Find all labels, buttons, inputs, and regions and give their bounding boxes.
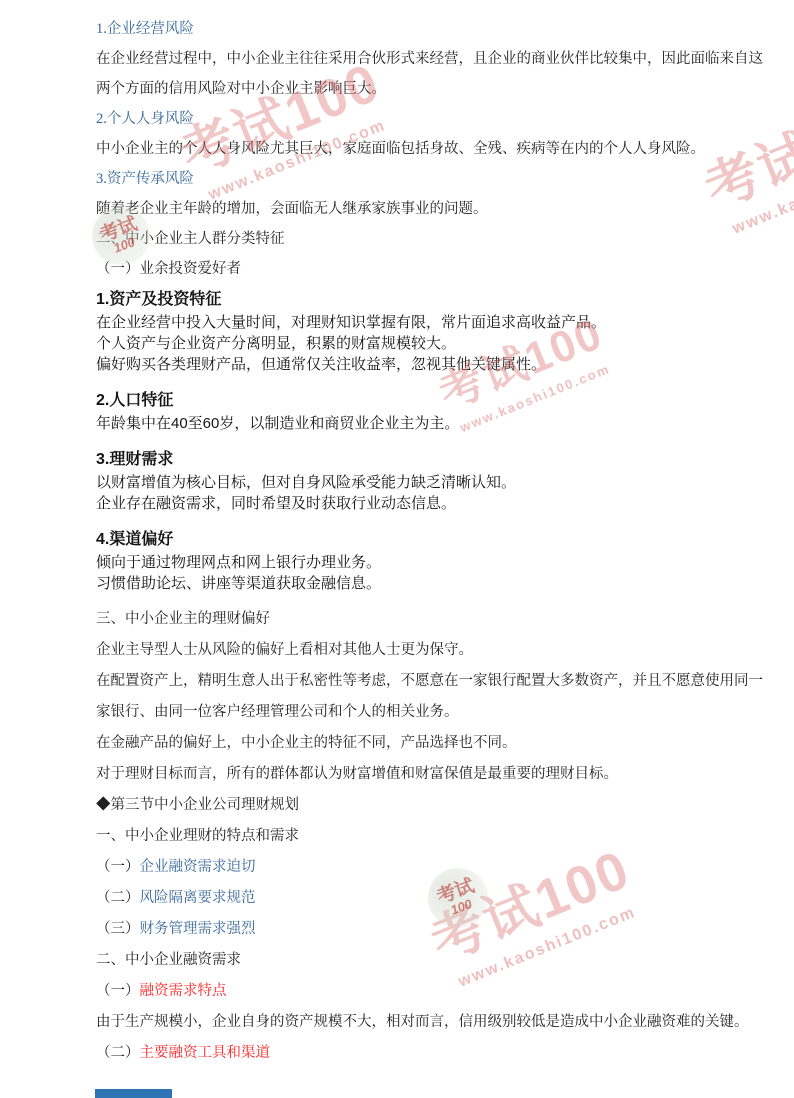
subheading-personal-risk: 2.个人人身风险 — [96, 104, 700, 134]
body-line: 中小企业主的个人人身风险尤其巨大，家庭面临包括身故、全残、疾病等在内的个人人身风… — [96, 134, 700, 164]
body-line: 家银行、由同一位客户经理管理公司和个人的相关业务。 — [96, 697, 700, 728]
watermark-url-text: www.kaoshi100.com — [730, 151, 794, 239]
item-prefix: （二） — [96, 890, 140, 906]
section-heading-features-needs: 一、中小企业理财的特点和需求 — [96, 821, 700, 852]
body-line: 个人资产与企业资产分离明显，积累的财富规模较大。 — [96, 333, 700, 354]
item-label-blue: 财务管理需求强烈 — [140, 921, 256, 937]
list-item-financing-need: （一）企业融资需求迫切 — [96, 852, 700, 883]
bold-heading-wealth-needs: 3.理财需求 — [96, 448, 700, 472]
item-label-blue: 企业融资需求迫切 — [140, 859, 256, 875]
list-item-financial-management: （三）财务管理需求强烈 — [96, 914, 700, 945]
item-prefix: （三） — [96, 921, 140, 937]
body-line: 企业主导型人士从风险的偏好上看相对其他人士更为保守。 — [96, 635, 700, 666]
block-channel-preference: 4.渠道偏好 倾向于通过物理网点和网上银行办理业务。 习惯借助论坛、讲座等渠道获… — [96, 528, 700, 594]
body-line: 两个方面的信用风险对中小企业主影响巨大。 — [96, 74, 700, 104]
list-item-risk-isolation: （二）风险隔离要求规范 — [96, 883, 700, 914]
body-line: 对于理财目标而言，所有的群体都认为财富增值和财富保值是最重要的理财目标。 — [96, 759, 700, 790]
item-label-red: 融资需求特点 — [140, 983, 227, 999]
bold-heading-channel-preference: 4.渠道偏好 — [96, 528, 700, 552]
item-label-blue: 风险隔离要求规范 — [140, 890, 256, 906]
list-item-financing-tools: （二）主要融资工具和渠道 — [96, 1038, 700, 1069]
body-line: 以财富增值为核心目标，但对自身风险承受能力缺乏清晰认知。 — [96, 472, 700, 493]
section-heading-financing-needs: 二、中小企业融资需求 — [96, 945, 700, 976]
chapter-heading-company-planning: ◆第三节中小企业公司理财规划 — [96, 790, 700, 821]
item-prefix: （一） — [96, 983, 140, 999]
body-line: 在配置资产上，精明生意人出于私密性等考虑，不愿意在一家银行配置大多数资产，并且不… — [96, 666, 700, 697]
section-group-characteristics: 1.资产及投资特征 在企业经营中投入大量时间，对理财知识掌握有限，常片面追求高收… — [96, 288, 700, 594]
list-item-amateur-investor: （一）业余投资爱好者 — [96, 254, 700, 284]
body-line: 在企业经营过程中，中小企业主往往采用合伙形式来经营，且企业的商业伙伴比较集中，因… — [96, 44, 700, 74]
body-line: 在金融产品的偏好上，中小企业主的特征不同，产品选择也不同。 — [96, 728, 700, 759]
list-item-financing-features: （一）融资需求特点 — [96, 976, 700, 1007]
section-wealth-preference-and-planning: 三、中小企业主的理财偏好 企业主导型人士从风险的偏好上看相对其他人士更为保守。 … — [96, 604, 700, 1069]
cutoff-table-header-bar — [95, 1089, 172, 1098]
item-prefix: （一） — [96, 859, 140, 875]
item-label-red: 主要融资工具和渠道 — [140, 1045, 271, 1061]
subheading-business-operation-risk: 1.企业经营风险 — [96, 14, 700, 44]
section-heading-wealth-preference: 三、中小企业主的理财偏好 — [96, 604, 700, 635]
item-prefix: （二） — [96, 1045, 140, 1061]
body-line: 年龄集中在40至60岁，以制造业和商贸业企业主为主。 — [96, 413, 700, 434]
body-line: 随着老企业主年龄的增加，会面临无人继承家族事业的问题。 — [96, 194, 700, 224]
body-line: 由于生产规模小，企业自身的资产规模不大，相对而言，信用级别较低是造成中小企业融资… — [96, 1007, 700, 1038]
block-demographics: 2.人口特征 年龄集中在40至60岁，以制造业和商贸业企业主为主。 — [96, 389, 700, 434]
body-line: 习惯借助论坛、讲座等渠道获取金融信息。 — [96, 573, 700, 594]
watermark-brand-text: 考试100 — [692, 74, 794, 223]
block-asset-investment: 1.资产及投资特征 在企业经营中投入大量时间，对理财知识掌握有限，常片面追求高收… — [96, 288, 700, 375]
section-heading-owner-groups: 二、中小企业主人群分类特征 — [96, 224, 700, 254]
section-smb-owner-risks: 1.企业经营风险 在企业经营过程中，中小企业主往往采用合伙形式来经营，且企业的商… — [96, 14, 700, 284]
watermark-stamp-top-right: 考试100 www.kaoshi100.com — [692, 74, 794, 242]
block-wealth-needs: 3.理财需求 以财富增值为核心目标，但对自身风险承受能力缺乏清晰认知。 企业存在… — [96, 448, 700, 514]
body-line: 在企业经营中投入大量时间，对理财知识掌握有限，常片面追求高收益产品。 — [96, 312, 700, 333]
bold-heading-asset-investment: 1.资产及投资特征 — [96, 288, 700, 312]
document-page: { "colors": { "subheading_blue": "#37689… — [0, 0, 794, 1098]
body-line: 偏好购买各类理财产品，但通常仅关注收益率，忽视其他关键属性。 — [96, 354, 700, 375]
body-line: 倾向于通过物理网点和网上银行办理业务。 — [96, 552, 700, 573]
document-content: 1.企业经营风险 在企业经营过程中，中小企业主往往采用合伙形式来经营，且企业的商… — [96, 14, 700, 1069]
bold-heading-demographics: 2.人口特征 — [96, 389, 700, 413]
body-line: 企业存在融资需求，同时希望及时获取行业动态信息。 — [96, 493, 700, 514]
subheading-asset-inheritance-risk: 3.资产传承风险 — [96, 164, 700, 194]
